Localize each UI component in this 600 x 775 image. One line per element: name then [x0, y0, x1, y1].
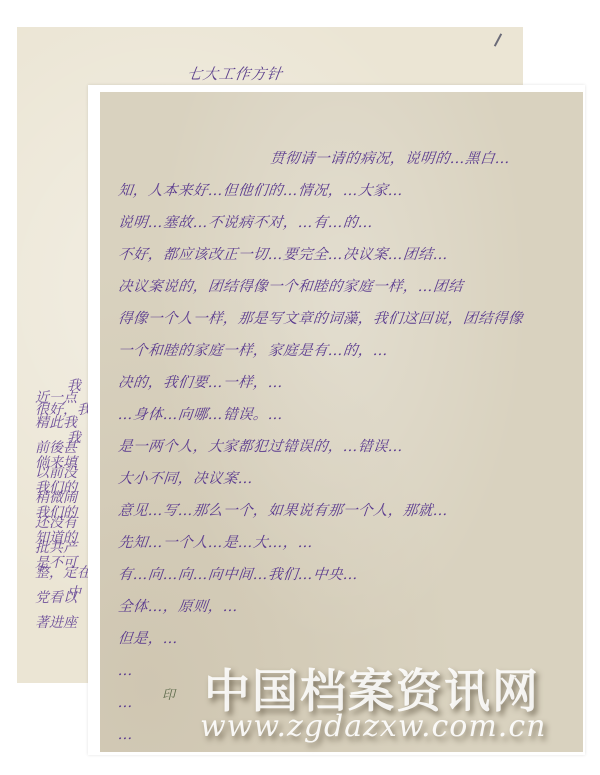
- manuscript-line: 但是，…: [116, 624, 572, 654]
- manuscript-line: 贯彻请一请的病况，说明的…黑白…: [268, 144, 572, 174]
- manuscript-line: 先知…一个人…是…大…，…: [116, 528, 572, 558]
- manuscript-fragment: 稍微闹: [35, 487, 77, 507]
- manuscript-line: …: [116, 656, 572, 686]
- back-page-title: 七大工作方针: [186, 63, 285, 84]
- manuscript-line: …: [116, 720, 572, 750]
- manuscript-fragment: 近一点: [35, 387, 77, 407]
- seal-stamp: 印: [162, 684, 175, 703]
- manuscript-fragment: 以前没: [35, 462, 77, 482]
- manuscript-line: 大小不同，决议案…: [116, 464, 572, 494]
- manuscript-line: 意见…写…那么一个，如果说有那一个人，那就…: [116, 496, 572, 526]
- manuscript-fragment: 整，定在: [35, 562, 91, 582]
- page-number-mark: [494, 33, 502, 46]
- front-document-page: 贯彻请一请的病况，说明的…黑白… 知，人本来好…但他们的…情况，…大家… 说明……: [100, 92, 583, 752]
- manuscript-fragment: 还没有: [35, 512, 77, 532]
- manuscript-line: 是一两个人，大家都犯过错误的，…错误…: [116, 432, 572, 462]
- manuscript-line: 决的，我们要…一样，…: [116, 368, 572, 398]
- manuscript-line: 有…向…向…向中间…我们…中央…: [116, 560, 572, 590]
- manuscript-line: 决议案说的，团结得像一个和睦的家庭一样，…团结: [116, 272, 572, 302]
- manuscript-fragment: 党看以: [35, 587, 77, 607]
- manuscript-fragment: 精此我: [35, 412, 77, 432]
- manuscript-line: 不好，都应该改正一切…要完全…决议案…团结…: [116, 240, 572, 270]
- manuscript-line: …: [116, 688, 572, 718]
- manuscript-line: 全体…，原则，…: [116, 592, 572, 622]
- manuscript-fragment: 批共产: [35, 537, 77, 557]
- manuscript-line: 得像一个人一样，那是写文章的词藻，我们这回说，团结得像: [116, 304, 572, 334]
- manuscript-line: 说明…塞故…不说病不对，…有…的…: [116, 208, 572, 238]
- manuscript-line: 知，人本来好…但他们的…情况，…大家…: [116, 176, 572, 206]
- manuscript-fragment: 著进座: [35, 612, 77, 632]
- manuscript-fragment: 前後甚: [35, 437, 77, 457]
- manuscript-line: 一个和睦的家庭一样，家庭是有…的，…: [116, 336, 572, 366]
- manuscript-line: …身体…向哪…错误。…: [116, 400, 572, 430]
